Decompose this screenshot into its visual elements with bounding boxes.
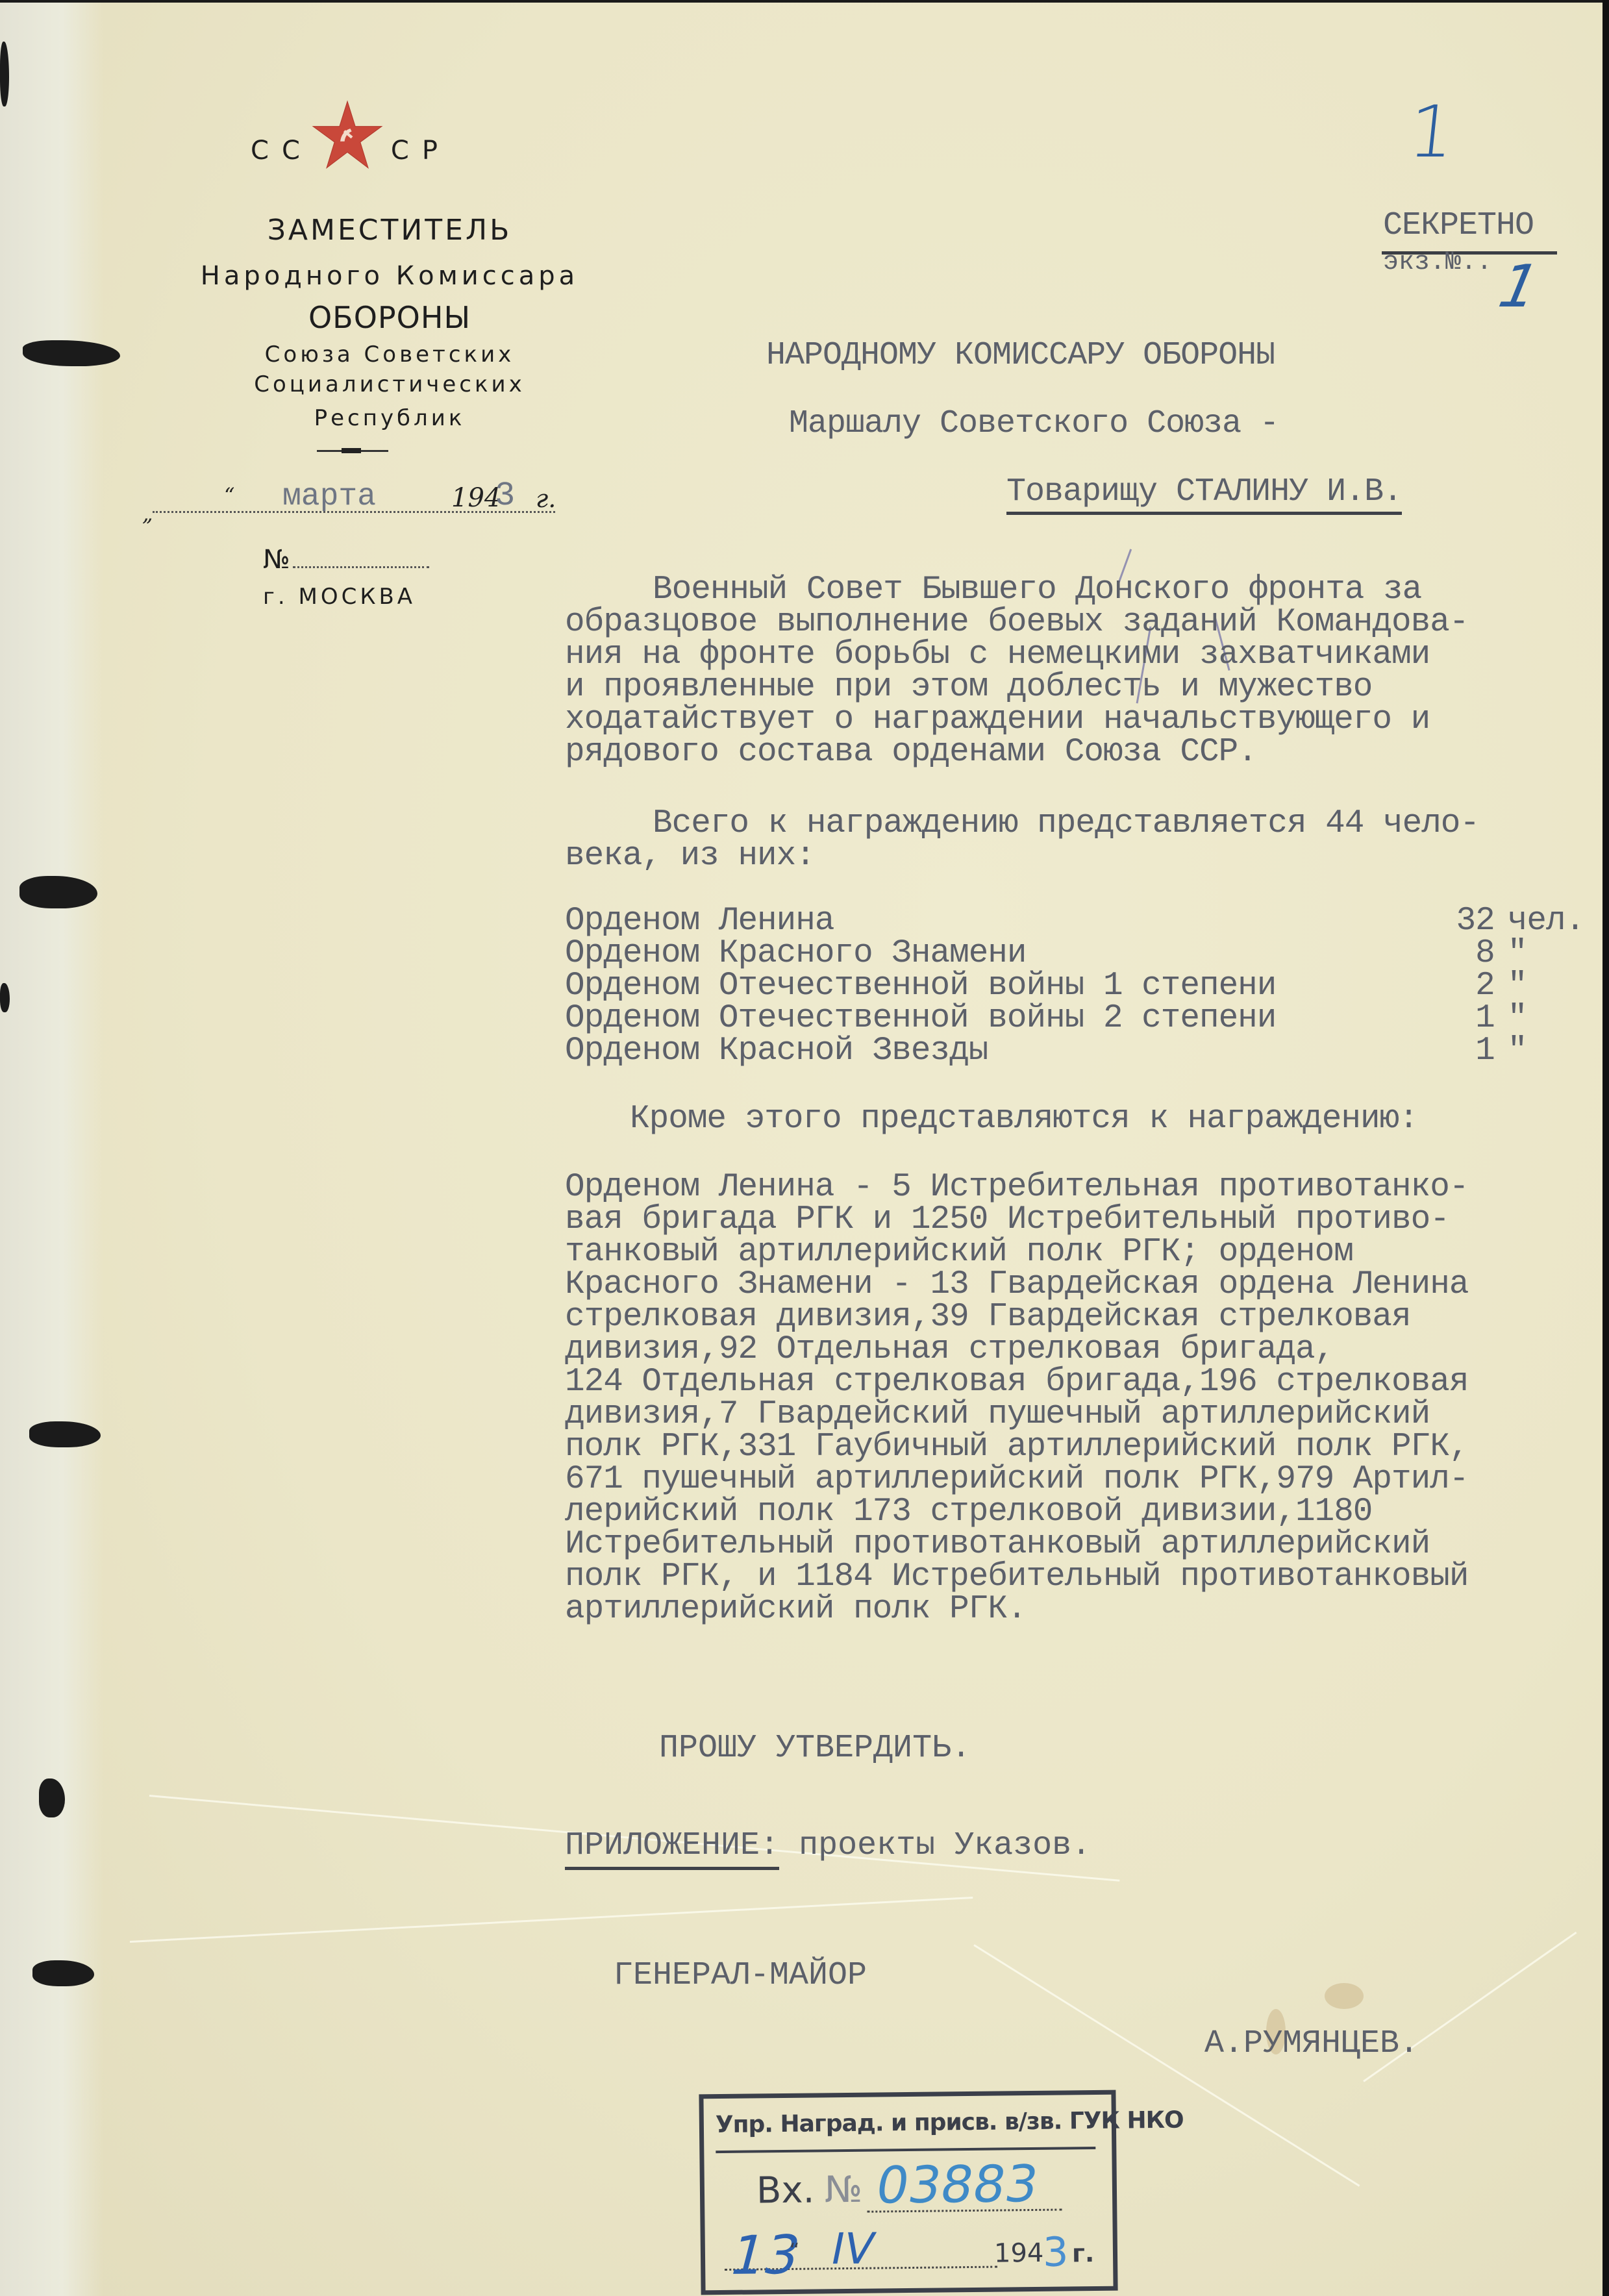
paragraph-units-list: Орденом Ленина - 5 Истребительная против…: [565, 1171, 1597, 1626]
letterhead-republics: Республик: [162, 405, 617, 431]
awards-table: Орденом Ленина 32 чел. Орденом Красного …: [565, 905, 1597, 1067]
date-month: марта: [282, 479, 376, 514]
document-page: СССР ЗАМЕСТИТЕЛЬ Народного Комиссара ОБО…: [0, 0, 1603, 2296]
award-row: Орденом Красного Знамени 8 ": [565, 938, 1597, 970]
text-line: дивизия,92 Отдельная стрелковая бригада,: [565, 1334, 1597, 1366]
award-order: Орденом Отечественной войны 1 степени: [565, 970, 1430, 1003]
award-order: Орденом Ленина: [565, 905, 1430, 938]
award-order: Орденом Красной Звезды: [565, 1035, 1430, 1067]
award-count: 1: [1430, 1035, 1495, 1067]
country-right-text: СР: [391, 136, 451, 166]
award-unit: ": [1495, 1003, 1597, 1035]
text-line: образцовое выполнение боевых заданий Ком…: [565, 606, 1597, 639]
text-line: века, из них:: [565, 840, 1597, 873]
stamp-year-suffix: г.: [1072, 2239, 1095, 2267]
addressee-title: НАРОДНОМУ КОМИССАРУ ОБОРОНЫ: [766, 337, 1275, 374]
award-unit: ": [1495, 970, 1597, 1003]
text-line: рядового состава орденами Союза ССР.: [565, 736, 1597, 769]
text-line: Военный Совет Бывшего Донского фронта за: [565, 574, 1597, 606]
addressee-name: Товарищу СТАЛИНУ И.В.: [1006, 473, 1402, 515]
number-field: [293, 566, 429, 568]
copy-number-label: экз.№..: [1383, 248, 1492, 277]
text-line: Красного Знамени - 13 Гвардейская ордена…: [565, 1269, 1597, 1301]
registry-stamp: Упр. Наград. и присв. в/зв. ГУК НКО Вх. …: [699, 2090, 1117, 2295]
award-row: Орденом Отечественной войны 1 степени 2 …: [565, 970, 1597, 1003]
binding-hole: [32, 1960, 94, 1986]
binding-hole: [0, 983, 10, 1012]
binding-hole: [19, 876, 97, 908]
date-open-quote: „: [142, 501, 153, 526]
approval-request: ПРОШУ УТВЕРДИТЬ.: [659, 1730, 971, 1767]
date-year-digit: 3: [495, 477, 515, 515]
letterhead-title-deputy: ЗАМЕСТИТЕЛЬ: [162, 214, 617, 247]
paragraph-petition: Военный Совет Бывшего Донского фронта за…: [565, 574, 1597, 769]
number-label: №: [263, 545, 290, 575]
text-line: полк РГК, и 1184 Истребительный противот…: [565, 1561, 1597, 1593]
country-left-text: СС: [251, 136, 313, 166]
city-label: г. МОСКВА: [263, 584, 416, 610]
binding-hole: [29, 1421, 101, 1447]
stamp-handwritten-number: 03883: [871, 2155, 1042, 2215]
signer-rank: ГЕНЕРАЛ-МАЙОР: [614, 1957, 867, 1994]
award-row: Орденом Отечественной войны 2 степени 1 …: [565, 1003, 1597, 1035]
award-count: 1: [1430, 1003, 1495, 1035]
letterhead-country: СССР: [240, 136, 461, 166]
handwritten-copy-number: 1: [1486, 253, 1551, 321]
stamp-number-label: №: [825, 2169, 863, 2212]
award-count: 8: [1430, 938, 1495, 970]
attachment-line: ПРИЛОЖЕНИЕ: проекты Указов.: [565, 1827, 1091, 1864]
award-unit: чел.: [1495, 905, 1597, 938]
award-count: 32: [1430, 905, 1495, 938]
letterhead-title-commissar: Народного Комиссара: [130, 261, 649, 291]
paper-stain: [1325, 1983, 1364, 2009]
date-year-suffix: г.: [536, 484, 556, 513]
award-unit: ": [1495, 1035, 1597, 1067]
award-order: Орденом Отечественной войны 2 степени: [565, 1003, 1430, 1035]
paragraph-total: Всего к награждению представляется 44 че…: [565, 808, 1597, 873]
text-line: лерийский полк 173 стрелковой дивизии,11…: [565, 1496, 1597, 1529]
award-unit: ": [1495, 938, 1597, 970]
letterhead-union: Союза Советских: [162, 342, 617, 368]
award-row: Орденом Ленина 32 чел.: [565, 905, 1597, 938]
attachment-text: проекты Указов.: [779, 1827, 1091, 1864]
award-order: Орденом Красного Знамени: [565, 938, 1430, 970]
text-line: стрелковая дивизия,39 Гвардейская стрелк…: [565, 1301, 1597, 1334]
date-line: „ “ марта 194 3 г.: [127, 483, 568, 522]
text-line: Всего к награждению представляется 44 че…: [565, 808, 1597, 840]
stamp-incoming-label: Вх.: [756, 2169, 815, 2212]
paragraph-additional-heading: Кроме этого представляются к награждению…: [630, 1103, 1609, 1136]
date-year-prefix: 194: [451, 483, 501, 513]
addressee-rank: Маршалу Советского Союза -: [789, 405, 1278, 442]
text-line: Истребительный противотанковый артиллери…: [565, 1529, 1597, 1561]
handwritten-page-number: 1: [1404, 90, 1458, 173]
text-line: 671 пушечный артиллерийский полк РГК,979…: [565, 1464, 1597, 1496]
text-line: полк РГК,331 Гаубичный артиллерийский по…: [565, 1431, 1597, 1464]
text-line: 124 Отдельная стрелковая бригада,196 стр…: [565, 1366, 1597, 1399]
binding-hole: [23, 340, 120, 366]
stamp-year-digit: 3: [1043, 2228, 1069, 2275]
text-line: вая бригада РГК и 1250 Истребительный пр…: [565, 1204, 1597, 1236]
letterhead-divider: [317, 450, 388, 452]
text-line: дивизия,7 Гвардейский пушечный артиллери…: [565, 1399, 1597, 1431]
stamp-year-prefix: 194: [994, 2238, 1044, 2269]
stamp-header-rule: [716, 2147, 1095, 2153]
text-line: и проявленные при этом доблесть и мужест…: [565, 671, 1597, 704]
stamp-quote: “: [790, 2240, 800, 2262]
award-count: 2: [1430, 970, 1495, 1003]
letterhead-socialist: Социалистических: [162, 371, 617, 397]
signer-name: А.РУМЯНЦЕВ.: [1204, 2025, 1419, 2062]
classification-mark: СЕКРЕТНО: [1383, 207, 1534, 244]
paper-crease: [130, 1897, 973, 1943]
attachment-label: ПРИЛОЖЕНИЕ:: [565, 1827, 779, 1870]
text-line: танковый артиллерийский полк РГК; ордено…: [565, 1236, 1597, 1269]
outgoing-number-line: №: [263, 545, 429, 575]
award-row: Орденом Красной Звезды 1 ": [565, 1035, 1597, 1067]
text-line: ния на фронте борьбы с немецкими захватч…: [565, 639, 1597, 671]
stamp-header: Упр. Наград. и присв. в/зв. ГУК НКО: [716, 2107, 1184, 2139]
text-line: Орденом Ленина - 5 Истребительная против…: [565, 1171, 1597, 1204]
text-line: артиллерийский полк РГК.: [565, 1593, 1597, 1626]
text-line: ходатайствует о награждении начальствующ…: [565, 704, 1597, 736]
date-close-quote: “: [224, 483, 234, 508]
letterhead-title-defense: ОБОРОНЫ: [162, 300, 617, 335]
